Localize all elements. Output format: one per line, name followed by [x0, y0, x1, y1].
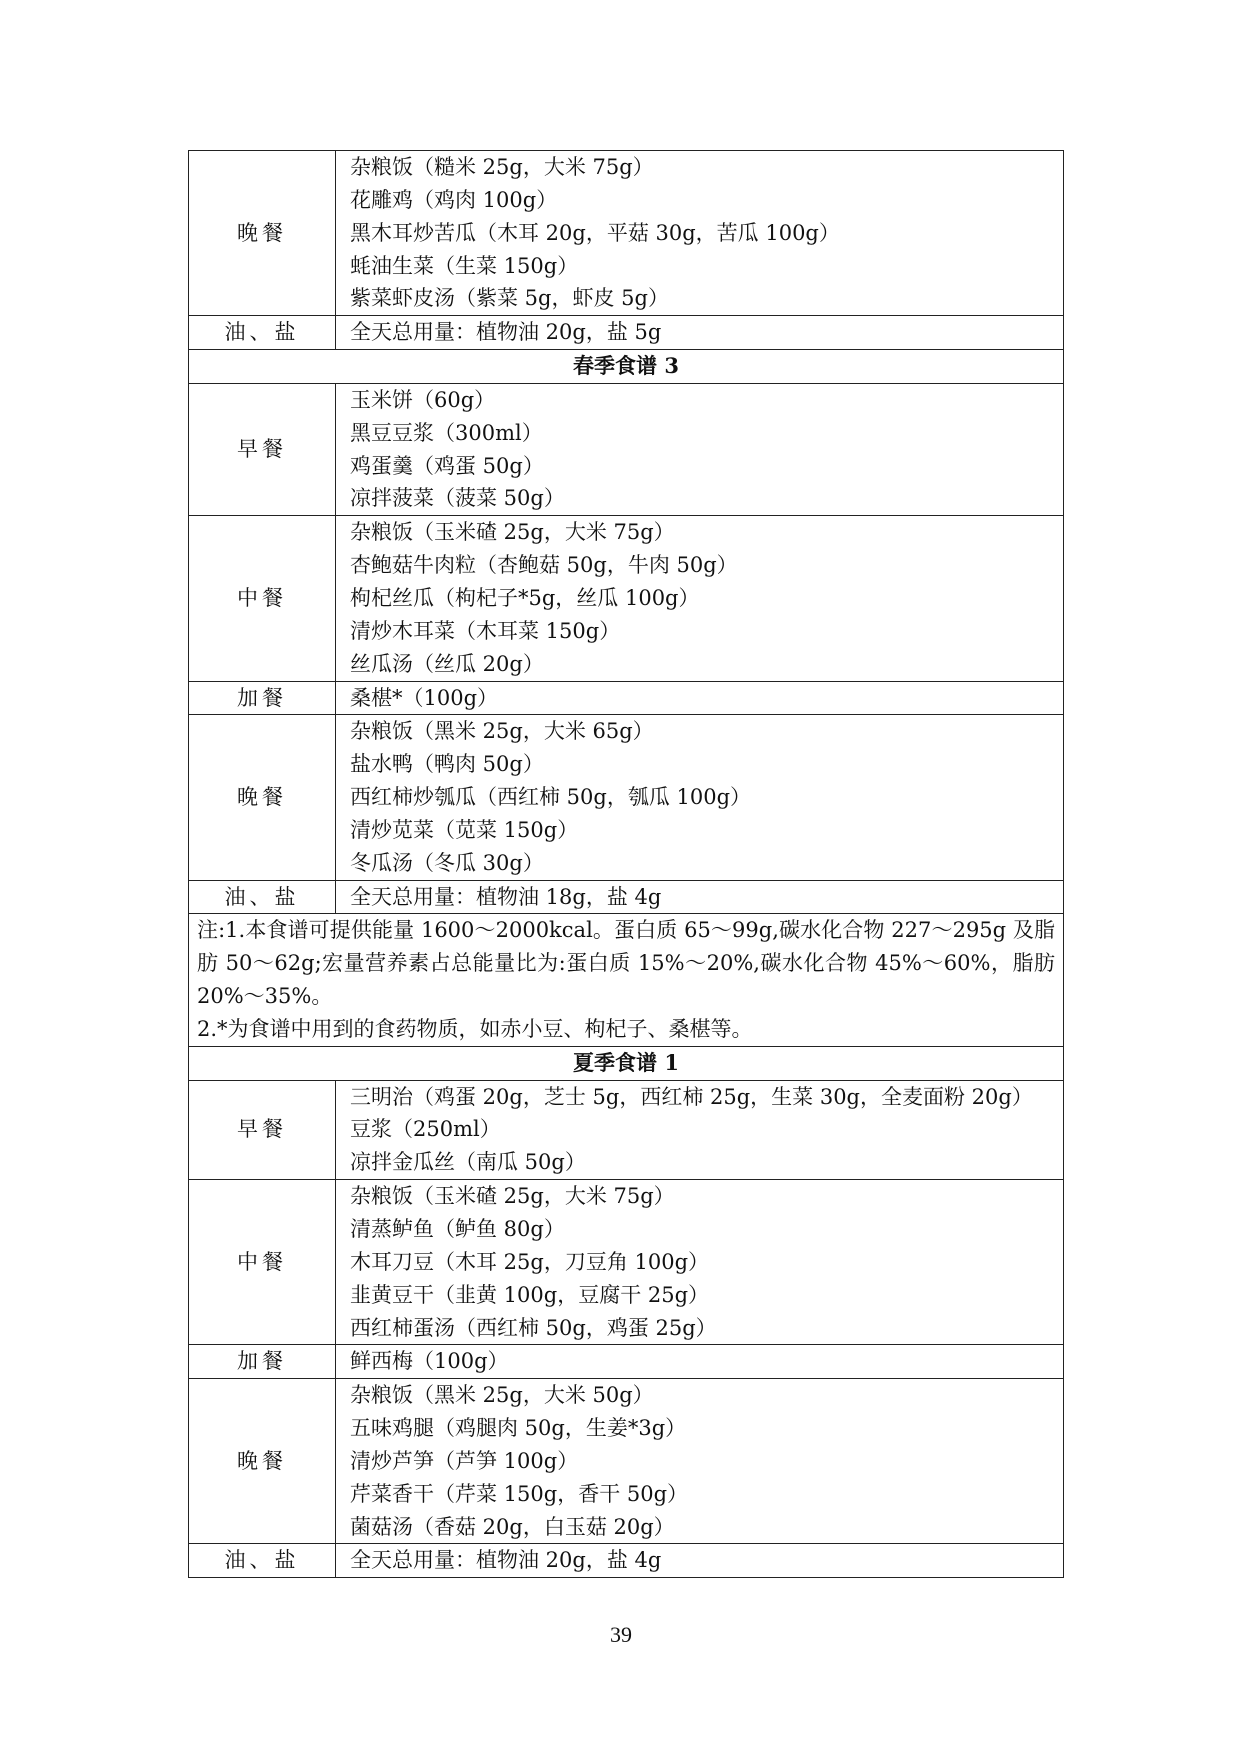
dish-item: 菌菇汤（香菇 20g，白玉菇 20g）	[350, 1511, 1053, 1544]
dish-item: 鸡蛋羹（鸡蛋 50g）	[350, 450, 1053, 483]
dish-item: 杂粮饭（黑米 25g，大米 50g）	[350, 1379, 1053, 1412]
meal-label-dinner: 晚餐	[189, 715, 336, 880]
meal-label-dinner: 晚餐	[189, 1379, 336, 1544]
meal-items: 杂粮饭（黑米 25g，大米 65g） 盐水鸭（鸭肉 50g） 西红柿炒瓠瓜（西红…	[336, 715, 1064, 880]
meal-items: 玉米饼（60g） 黑豆豆浆（300ml） 鸡蛋羹（鸡蛋 50g） 凉拌菠菜（菠菜…	[336, 383, 1064, 515]
meal-label-oil-salt: 油、盐	[189, 316, 336, 350]
table-row: 晚餐 杂粮饭（黑米 25g，大米 65g） 盐水鸭（鸭肉 50g） 西红柿炒瓠瓜…	[189, 715, 1064, 880]
dish-item: 黑豆豆浆（300ml）	[350, 417, 1053, 450]
meal-items: 桑椹*（100g）	[336, 681, 1064, 715]
dish-item: 三明治（鸡蛋 20g，芝士 5g，西红柿 25g，生菜 30g，全麦面粉 20g…	[350, 1081, 1053, 1114]
dish-item: 凉拌金瓜丝（南瓜 50g）	[350, 1146, 1053, 1179]
page-number: 39	[0, 1622, 1242, 1648]
dish-item: 杂粮饭（玉米碴 25g，大米 75g）	[350, 1180, 1053, 1213]
meal-label-lunch: 中餐	[189, 516, 336, 681]
table-row: 中餐 杂粮饭（玉米碴 25g，大米 75g） 杏鲍菇牛肉粒（杏鲍菇 50g，牛肉…	[189, 516, 1064, 681]
document-page: 晚餐 杂粮饭（糙米 25g，大米 75g） 花雕鸡（鸡肉 100g） 黑木耳炒苦…	[0, 0, 1242, 1754]
dish-item: 清炒苋菜（苋菜 150g）	[350, 814, 1053, 847]
meal-label-breakfast: 早餐	[189, 383, 336, 515]
dish-item: 杂粮饭（玉米碴 25g，大米 75g）	[350, 516, 1053, 549]
table-row: 中餐 杂粮饭（玉米碴 25g，大米 75g） 清蒸鲈鱼（鲈鱼 80g） 木耳刀豆…	[189, 1180, 1064, 1345]
dish-item: 清蒸鲈鱼（鲈鱼 80g）	[350, 1213, 1053, 1246]
meal-items: 杂粮饭（玉米碴 25g，大米 75g） 清蒸鲈鱼（鲈鱼 80g） 木耳刀豆（木耳…	[336, 1180, 1064, 1345]
dish-item: 杂粮饭（黑米 25g，大米 65g）	[350, 715, 1053, 748]
section-title: 春季食谱 3	[189, 350, 1064, 384]
meal-label-lunch: 中餐	[189, 1180, 336, 1345]
oil-salt-usage: 全天总用量：植物油 20g，盐 4g	[336, 1544, 1064, 1578]
dish-item: 枸杞丝瓜（枸杞子*5g，丝瓜 100g）	[350, 582, 1053, 615]
meal-items: 三明治（鸡蛋 20g，芝士 5g，西红柿 25g，生菜 30g，全麦面粉 20g…	[336, 1080, 1064, 1180]
meal-label-oil-salt: 油、盐	[189, 1544, 336, 1578]
meal-items: 杂粮饭（玉米碴 25g，大米 75g） 杏鲍菇牛肉粒（杏鲍菇 50g，牛肉 50…	[336, 516, 1064, 681]
note-cell: 注:1.本食谱可提供能量 1600～2000kcal。蛋白质 65～99g,碳水…	[189, 914, 1064, 1046]
meal-items: 杂粮饭（糙米 25g，大米 75g） 花雕鸡（鸡肉 100g） 黑木耳炒苦瓜（木…	[336, 151, 1064, 316]
table-row: 晚餐 杂粮饭（黑米 25g，大米 50g） 五味鸡腿（鸡腿肉 50g，生姜*3g…	[189, 1379, 1064, 1544]
dish-item: 木耳刀豆（木耳 25g，刀豆角 100g）	[350, 1246, 1053, 1279]
table-row: 油、盐 全天总用量：植物油 20g，盐 5g	[189, 316, 1064, 350]
table-row: 早餐 三明治（鸡蛋 20g，芝士 5g，西红柿 25g，生菜 30g，全麦面粉 …	[189, 1080, 1064, 1180]
dish-item: 芹菜香干（芹菜 150g，香干 50g）	[350, 1478, 1053, 1511]
dish-item: 花雕鸡（鸡肉 100g）	[350, 184, 1053, 217]
table-row: 油、盐 全天总用量：植物油 20g，盐 4g	[189, 1544, 1064, 1578]
meal-label-snack: 加餐	[189, 681, 336, 715]
dish-item: 豆浆（250ml）	[350, 1113, 1053, 1146]
section-title: 夏季食谱 1	[189, 1046, 1064, 1080]
section-header-row: 夏季食谱 1	[189, 1046, 1064, 1080]
dish-item: 桑椹*（100g）	[350, 682, 1053, 715]
meal-label-breakfast: 早餐	[189, 1080, 336, 1180]
dish-item: 西红柿炒瓠瓜（西红柿 50g，瓠瓜 100g）	[350, 781, 1053, 814]
note-row: 注:1.本食谱可提供能量 1600～2000kcal。蛋白质 65～99g,碳水…	[189, 914, 1064, 1046]
meal-items: 鲜西梅（100g）	[336, 1345, 1064, 1379]
meal-label-dinner: 晚餐	[189, 151, 336, 316]
dish-item: 冬瓜汤（冬瓜 30g）	[350, 847, 1053, 880]
dish-item: 鲜西梅（100g）	[350, 1345, 1053, 1378]
meal-items: 杂粮饭（黑米 25g，大米 50g） 五味鸡腿（鸡腿肉 50g，生姜*3g） 清…	[336, 1379, 1064, 1544]
dish-item: 紫菜虾皮汤（紫菜 5g，虾皮 5g）	[350, 282, 1053, 315]
dish-item: 凉拌菠菜（菠菜 50g）	[350, 482, 1053, 515]
oil-salt-text: 全天总用量：植物油 20g，盐 4g	[350, 1544, 1053, 1577]
dish-item: 盐水鸭（鸭肉 50g）	[350, 748, 1053, 781]
table-row: 加餐 鲜西梅（100g）	[189, 1345, 1064, 1379]
meal-label-snack: 加餐	[189, 1345, 336, 1379]
dish-item: 杏鲍菇牛肉粒（杏鲍菇 50g，牛肉 50g）	[350, 549, 1053, 582]
dish-item: 黑木耳炒苦瓜（木耳 20g，平菇 30g，苦瓜 100g）	[350, 217, 1053, 250]
table-row: 加餐 桑椹*（100g）	[189, 681, 1064, 715]
dish-item: 杂粮饭（糙米 25g，大米 75g）	[350, 151, 1053, 184]
dish-item: 西红柿蛋汤（西红柿 50g，鸡蛋 25g）	[350, 1312, 1053, 1345]
oil-salt-text: 全天总用量：植物油 18g，盐 4g	[350, 881, 1053, 914]
dish-item: 丝瓜汤（丝瓜 20g）	[350, 648, 1053, 681]
note-line-2: 2.*为食谱中用到的食药物质，如赤小豆、枸杞子、桑椹等。	[197, 1013, 1055, 1046]
dish-item: 清炒芦笋（芦笋 100g）	[350, 1445, 1053, 1478]
oil-salt-usage: 全天总用量：植物油 20g，盐 5g	[336, 316, 1064, 350]
table-row: 油、盐 全天总用量：植物油 18g，盐 4g	[189, 880, 1064, 914]
dish-item: 清炒木耳菜（木耳菜 150g）	[350, 615, 1053, 648]
dish-item: 蚝油生菜（生菜 150g）	[350, 250, 1053, 283]
table-row: 早餐 玉米饼（60g） 黑豆豆浆（300ml） 鸡蛋羹（鸡蛋 50g） 凉拌菠菜…	[189, 383, 1064, 515]
dish-item: 玉米饼（60g）	[350, 384, 1053, 417]
dish-item: 韭黄豆干（韭黄 100g，豆腐干 25g）	[350, 1279, 1053, 1312]
dish-item: 五味鸡腿（鸡腿肉 50g，生姜*3g）	[350, 1412, 1053, 1445]
oil-salt-usage: 全天总用量：植物油 18g，盐 4g	[336, 880, 1064, 914]
section-header-row: 春季食谱 3	[189, 350, 1064, 384]
meal-label-oil-salt: 油、盐	[189, 880, 336, 914]
note-line-1: 注:1.本食谱可提供能量 1600～2000kcal。蛋白质 65～99g,碳水…	[197, 914, 1055, 1013]
recipe-table: 晚餐 杂粮饭（糙米 25g，大米 75g） 花雕鸡（鸡肉 100g） 黑木耳炒苦…	[188, 150, 1064, 1578]
oil-salt-text: 全天总用量：植物油 20g，盐 5g	[350, 316, 1053, 349]
table-row: 晚餐 杂粮饭（糙米 25g，大米 75g） 花雕鸡（鸡肉 100g） 黑木耳炒苦…	[189, 151, 1064, 316]
